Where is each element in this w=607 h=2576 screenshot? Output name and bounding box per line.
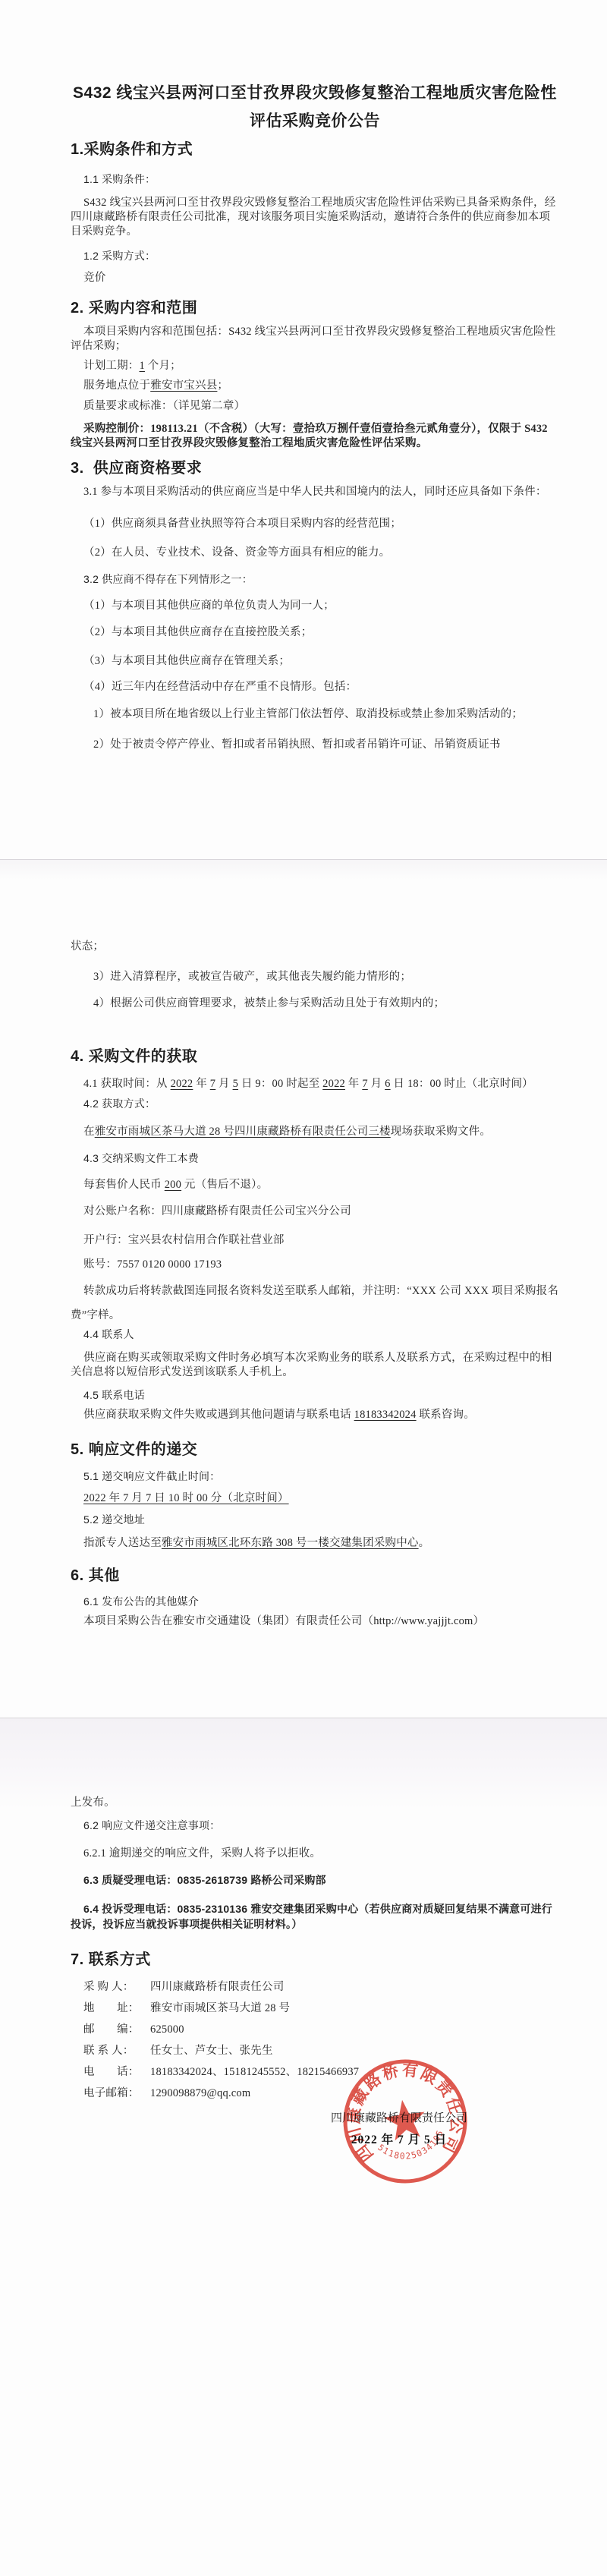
text-segment: 雅安市雨城区茶马大道 28 号四川康藏路桥有限责任公司三楼	[95, 1126, 391, 1138]
section-heading-2: 2. 采购内容和范围	[71, 298, 559, 318]
contact-phones: 18183342024、15181245552、18215466937	[150, 2065, 359, 2080]
doc-paragraph: 供应商在购买或领取采购文件时务必填写本次采购业务的联系人及联系方式，在采购过程中…	[71, 1351, 559, 1380]
text-segment: 7	[362, 1078, 367, 1090]
text-segment: 计划工期：	[83, 360, 140, 372]
clause-label-6-1: 6.1 发布公告的其他媒介	[71, 1595, 559, 1609]
doc-paragraph: 质量要求或标准：（详见第二章）	[71, 399, 559, 414]
section-heading-5: 5. 响应文件的递交	[71, 1440, 559, 1460]
text-segment: 月	[215, 1078, 232, 1090]
clause-label-4-5: 4.5 联系电话	[71, 1388, 559, 1403]
section-heading-3: 3. 供应商资格要求	[71, 458, 559, 478]
clause-label-1-1: 1.1 采购条件：	[71, 172, 559, 187]
carryover-text: 上发布。	[71, 1796, 559, 1810]
text-segment: 每套售价人民币	[83, 1179, 165, 1191]
text-segment: 联系咨询。	[417, 1409, 475, 1421]
section-heading-4: 4. 采购文件的获取	[71, 1047, 559, 1066]
section-heading-6: 6. 其他	[71, 1566, 559, 1586]
contact-label: 邮 编：	[71, 2023, 150, 2037]
section-heading-1: 1.采购条件和方式	[71, 140, 559, 159]
doc-paragraph: 服务地点位于雅安市宝兴县；	[71, 379, 559, 393]
list-subitem: 1）被本项目所在地省级以上行业主管部门依法暂停、取消投标或禁止参加采购活动的；	[71, 707, 559, 722]
text-segment: 年	[345, 1078, 362, 1090]
doc-paragraph: 在雅安市雨城区茶马大道 28 号四川康藏路桥有限责任公司三楼现场获取采购文件。	[71, 1125, 559, 1139]
list-item: （2）在人员、专业技术、设备、资金等方面具有相应的能力。	[71, 546, 559, 560]
page-title: S432 线宝兴县两河口至甘孜界段灾毁修复整治工程地质灾害危险性评估采购竞价公告	[71, 79, 559, 135]
text-segment: 。	[419, 1537, 430, 1549]
doc-paragraph: 6.2.1 逾期递交的响应文件，采购人将予以拒收。	[71, 1847, 559, 1861]
text-segment: 雅安市雨城区北环东路 308 号一楼交建集团采购中心	[162, 1537, 419, 1549]
delivery-address-line: 指派专人送达至雅安市雨城区北环东路 308 号一楼交建集团采购中心。	[71, 1536, 559, 1551]
carryover-text: 状态；	[71, 940, 559, 954]
text-segment: 1	[140, 360, 145, 372]
text-segment: 个月；	[145, 360, 181, 372]
section-heading-7: 7. 联系方式	[71, 1950, 559, 1970]
list-item: （3）与本项目其他供应商存在管理关系；	[71, 654, 559, 669]
text-segment: 指派专人送达至	[83, 1537, 162, 1549]
text-segment: 200	[165, 1179, 181, 1191]
list-subitem: 3）进入清算程序，或被宣告破产，或其他丧失履约能力情形的；	[71, 970, 559, 984]
doc-paragraph: S432 线宝兴县两河口至甘孜界段灾毁修复整治工程地质灾害危险性评估采购已具备采…	[71, 196, 559, 239]
text-segment: 现场获取采购文件。	[391, 1126, 491, 1138]
contact-row: 地 址： 雅安市雨城区茶马大道 28 号	[71, 2001, 559, 2016]
list-subitem: 2）处于被责令停产停业、暂扣或者吊销执照、暂扣或者吊销许可证、吊销资质证书	[71, 738, 559, 752]
doc-paragraph: 转款成功后将转款截图连同报名资料发送至联系人邮箱，并注明：“XXX 公司 XXX…	[71, 1279, 559, 1327]
bank-line: 开户行：宝兴县农村信用合作联社营业部	[71, 1233, 559, 1248]
text-segment: 2022 年 7 月 7 日 10 时 00 分（北京时间）	[83, 1492, 289, 1504]
doc-paragraph: 4.1 获取时间：从 2022 年 7 月 5 日 9：00 时起至 2022 …	[71, 1075, 559, 1092]
postal-code: 625000	[150, 2023, 184, 2037]
list-subitem: 4）根据公司供应商管理要求，被禁止参与采购活动且处于有效期内的；	[71, 997, 559, 1011]
contact-label: 采 购 人：	[71, 1980, 150, 1995]
text-segment: 2022	[322, 1078, 345, 1090]
contact-persons: 任女士、芦女士、张先生	[150, 2044, 273, 2058]
contact-row: 联 系 人： 任女士、芦女士、张先生	[71, 2044, 559, 2058]
account-number-line: 账号：7557 0120 0000 17193	[71, 1258, 559, 1272]
clause-label-1-2: 1.2 采购方式：	[71, 249, 559, 263]
contact-label: 电 话：	[71, 2065, 150, 2080]
text-segment: 月	[368, 1078, 385, 1090]
contact-label: 地 址：	[71, 2001, 150, 2016]
company-seal-stamp: 四川康藏路桥有限责任公司 5118025034105	[333, 2049, 477, 2193]
page-1: S432 线宝兴县两河口至甘孜界段灾毁修复整治工程地质灾害危险性评估采购竞价公告…	[0, 0, 607, 859]
text-segment: 元（售后不退）。	[181, 1179, 268, 1191]
text-segment: 服务地点位于	[83, 379, 150, 392]
list-item: （4）近三年内在经营活动中存在严重不良情形。包括：	[71, 680, 559, 694]
text-segment: ；	[217, 379, 228, 392]
doc-paragraph: 本项目采购内容和范围包括：S432 线宝兴县两河口至甘孜界段灾毁修复整治工程地质…	[71, 325, 559, 354]
text-segment: 年	[193, 1078, 209, 1090]
scanned-procurement-notice: S432 线宝兴县两河口至甘孜界段灾毁修复整治工程地质灾害危险性评估采购竞价公告…	[0, 0, 607, 2576]
text-segment: 4.1 获取时间：从	[83, 1078, 171, 1090]
contact-row: 采 购 人： 四川康藏路桥有限责任公司	[71, 1980, 559, 1995]
deadline-line: 2022 年 7 月 7 日 10 时 00 分（北京时间）	[71, 1491, 559, 1506]
complaint-phone-line: 6.4 投诉受理电话：0835-2310136 雅安交建集团采购中心（若供应商对…	[71, 1901, 559, 1932]
list-item: （1）供应商须具备营业执照等符合本项目采购内容的经营范围；	[71, 517, 559, 531]
text-segment: 在	[83, 1126, 95, 1138]
text-segment: 日 18：00 时止（北京时间）	[391, 1078, 533, 1090]
list-item: （2）与本项目其他供应商存在直接控股关系；	[71, 625, 559, 640]
clause-label-5-2: 5.2 递交地址	[71, 1513, 559, 1527]
page-3: 上发布。 6.2 响应文件递交注意事项： 6.2.1 逾期递交的响应文件，采购人…	[0, 1718, 607, 2576]
purchaser-name: 四川康藏路桥有限责任公司	[150, 1980, 284, 1995]
text-segment: 5	[233, 1078, 238, 1090]
contact-row: 电子邮箱： 1290098879@qq.com	[71, 2086, 559, 2101]
text-segment: 供应商获取采购文件失败或遇到其他问题请与联系电话	[83, 1409, 354, 1421]
seal-star-icon	[382, 2097, 428, 2142]
doc-paragraph: 3.1 参与本项目采购活动的供应商应当是中华人民共和国境内的法人，同时还应具备如…	[71, 484, 559, 499]
clause-label-6-2: 6.2 响应文件递交注意事项：	[71, 1819, 559, 1833]
contact-email: 1290098879@qq.com	[150, 2086, 250, 2101]
text-segment: 6	[385, 1078, 390, 1090]
purchaser-address: 雅安市雨城区茶马大道 28 号	[150, 2001, 290, 2016]
inquiry-phone-line: 6.3 质疑受理电话：0835-2618739 路桥公司采购部	[71, 1873, 559, 1888]
clause-label-4-3: 4.3 交纳采购文件工本费	[71, 1151, 559, 1166]
clause-label-5-1: 5.1 递交响应文件截止时间：	[71, 1469, 559, 1484]
contact-row: 电 话： 18183342024、15181245552、18215466937	[71, 2065, 559, 2080]
control-price-paragraph: 采购控制价：198113.21（不含税）（大写：壹拾玖万捌仟壹佰壹拾叁元贰角壹分…	[71, 422, 559, 451]
clause-label-4-4: 4.4 联系人	[71, 1327, 559, 1342]
contact-row: 邮 编： 625000	[71, 2023, 559, 2037]
page-2: 状态； 3）进入清算程序，或被宣告破产，或其他丧失履约能力情形的； 4）根据公司…	[0, 859, 607, 1718]
clause-label-4-2: 4.2 获取方式：	[71, 1097, 559, 1111]
text-segment: 日 9：00 时起至	[238, 1078, 322, 1090]
doc-paragraph: 每套售价人民币 200 元（售后不退）。	[71, 1178, 559, 1192]
text-segment: 雅安市宝兴县	[150, 379, 217, 392]
list-item: （1）与本项目其他供应商的单位负责人为同一人；	[71, 599, 559, 613]
account-name-line: 对公账户名称：四川康藏路桥有限责任公司宝兴分公司	[71, 1205, 559, 1219]
contact-label: 电子邮箱：	[71, 2086, 150, 2101]
doc-paragraph: 本项目采购公告在雅安市交通建设（集团）有限责任公司（http://www.yaj…	[71, 1614, 559, 1629]
doc-paragraph: 供应商获取采购文件失败或遇到其他问题请与联系电话 18183342024 联系咨…	[71, 1408, 559, 1422]
doc-paragraph: 竞价	[71, 271, 559, 285]
contact-label: 联 系 人：	[71, 2044, 150, 2058]
text-segment: 18183342024	[354, 1409, 417, 1421]
text-segment: 2022	[171, 1078, 193, 1090]
doc-paragraph: 计划工期：1 个月；	[71, 359, 559, 373]
clause-label-3-2: 3.2 供应商不得存在下列情形之一：	[71, 572, 559, 587]
